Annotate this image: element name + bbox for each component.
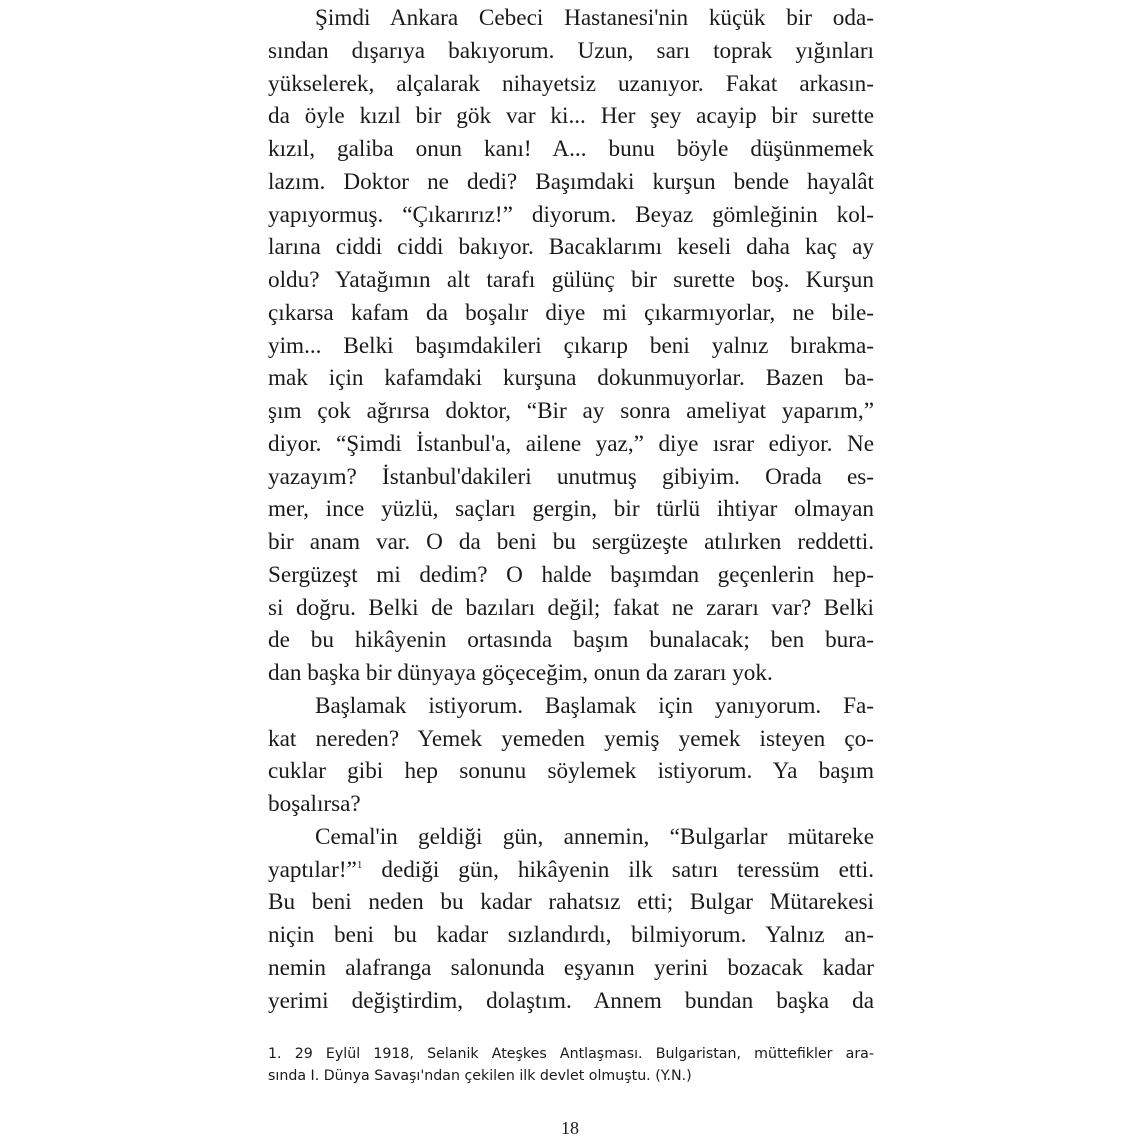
text-line: kızıl, galiba onun kanı! A... bunu böyle… — [268, 133, 874, 166]
text-line: larına ciddi ciddi bakıyor. Bacaklarımı … — [268, 231, 874, 264]
text-line: mer, ince yüzlü, saçları gergin, bir tür… — [268, 493, 874, 526]
text-line: dan başka bir dünyaya göçeceğim, onun da… — [268, 657, 874, 690]
text-line: Cemal'in geldiği gün, annemin, “Bulgarla… — [268, 821, 874, 854]
text-line: niçin beni bu kadar sızlandırdı, bilmiyo… — [268, 919, 874, 952]
page-number: 18 — [0, 1118, 1140, 1139]
text-line: şım çok ağrırsa doktor, “Bir ay sonra am… — [268, 395, 874, 428]
footnote-line: sında I. Dünya Savaşı'ndan çekilen ilk d… — [268, 1065, 874, 1087]
text-line: sından dışarıya bakıyorum. Uzun, sarı to… — [268, 35, 874, 68]
text-line: Şimdi Ankara Cebeci Hastanesi'nin küçük … — [268, 2, 874, 35]
text-line: cuklar gibi hep sonunu söylemek istiyoru… — [268, 755, 874, 788]
text-line: yapıyormuş. “Çıkarırız!” diyorum. Beyaz … — [268, 199, 874, 232]
text-line: yerimi değiştirdim, dolaştım. Annem bund… — [268, 985, 874, 1018]
text-segment: yaptılar!” — [268, 857, 357, 883]
body-text: Şimdi Ankara Cebeci Hastanesi'nin küçük … — [268, 2, 874, 1017]
text-line: nemin alafranga salonunda eşyanın yerini… — [268, 952, 874, 985]
text-line: kat nereden? Yemek yemeden yemiş yemek i… — [268, 723, 874, 756]
text-line: Başlamak istiyorum. Başlamak için yanıyo… — [268, 690, 874, 723]
text-line: diyor. “Şimdi İstanbul'a, ailene yaz,” d… — [268, 428, 874, 461]
text-line: mak için kafamdaki kurşuna dokunmuyorlar… — [268, 362, 874, 395]
text-line: bir anam var. O da beni bu sergüzeşte at… — [268, 526, 874, 559]
text-line: oldu? Yatağımın alt tarafı gülünç bir su… — [268, 264, 874, 297]
text-line: da öyle kızıl bir gök var ki... Her şey … — [268, 100, 874, 133]
footnote: 1. 29 Eylül 1918, Selanik Ateşkes Antlaş… — [268, 1043, 874, 1087]
text-line: lazım. Doktor ne dedi? Başımdaki kurşun … — [268, 166, 874, 199]
book-page: Şimdi Ankara Cebeci Hastanesi'nin küçük … — [0, 0, 1140, 1140]
text-line: Sergüzeşt mi dedim? O halde başımdan geç… — [268, 559, 874, 592]
text-line: si doğru. Belki de bazıları değil; fakat… — [268, 592, 874, 625]
footnote-line: 1. 29 Eylül 1918, Selanik Ateşkes Antlaş… — [268, 1043, 874, 1065]
text-line: Bu beni neden bu kadar rahatsız etti; Bu… — [268, 886, 874, 919]
text-line: çıkarsa kafam da boşalır diye mi çıkarmı… — [268, 297, 874, 330]
text-line-with-footnote-ref: yaptılar!”1 dediği gün, hikâyenin ilk sa… — [268, 854, 874, 887]
text-line: boşalırsa? — [268, 788, 874, 821]
text-line: yim... Belki başımdakileri çıkarıp beni … — [268, 330, 874, 363]
text-line: de bu hikâyenin ortasında başım bunalaca… — [268, 624, 874, 657]
text-segment: dediği gün, hikâyenin ilk satırı teressü… — [362, 857, 874, 883]
text-line: yazayım? İstanbul'dakileri unutmuş gibiy… — [268, 461, 874, 494]
text-line: yükselerek, alçalarak nihayetsiz uzanıyo… — [268, 68, 874, 101]
